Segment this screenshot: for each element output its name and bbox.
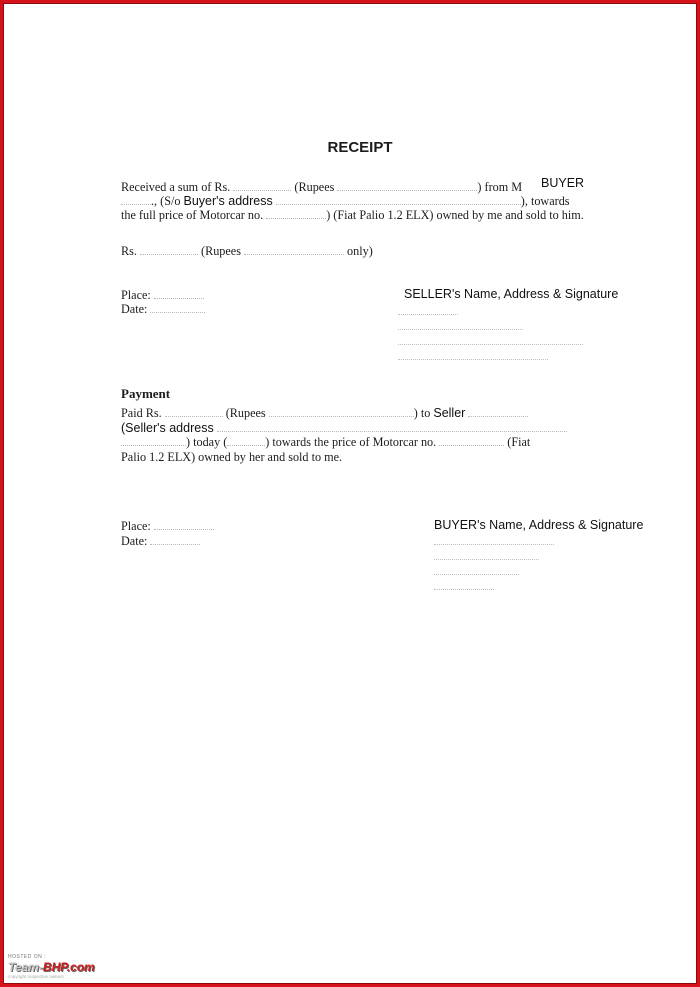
red-frame-border bbox=[0, 0, 700, 987]
